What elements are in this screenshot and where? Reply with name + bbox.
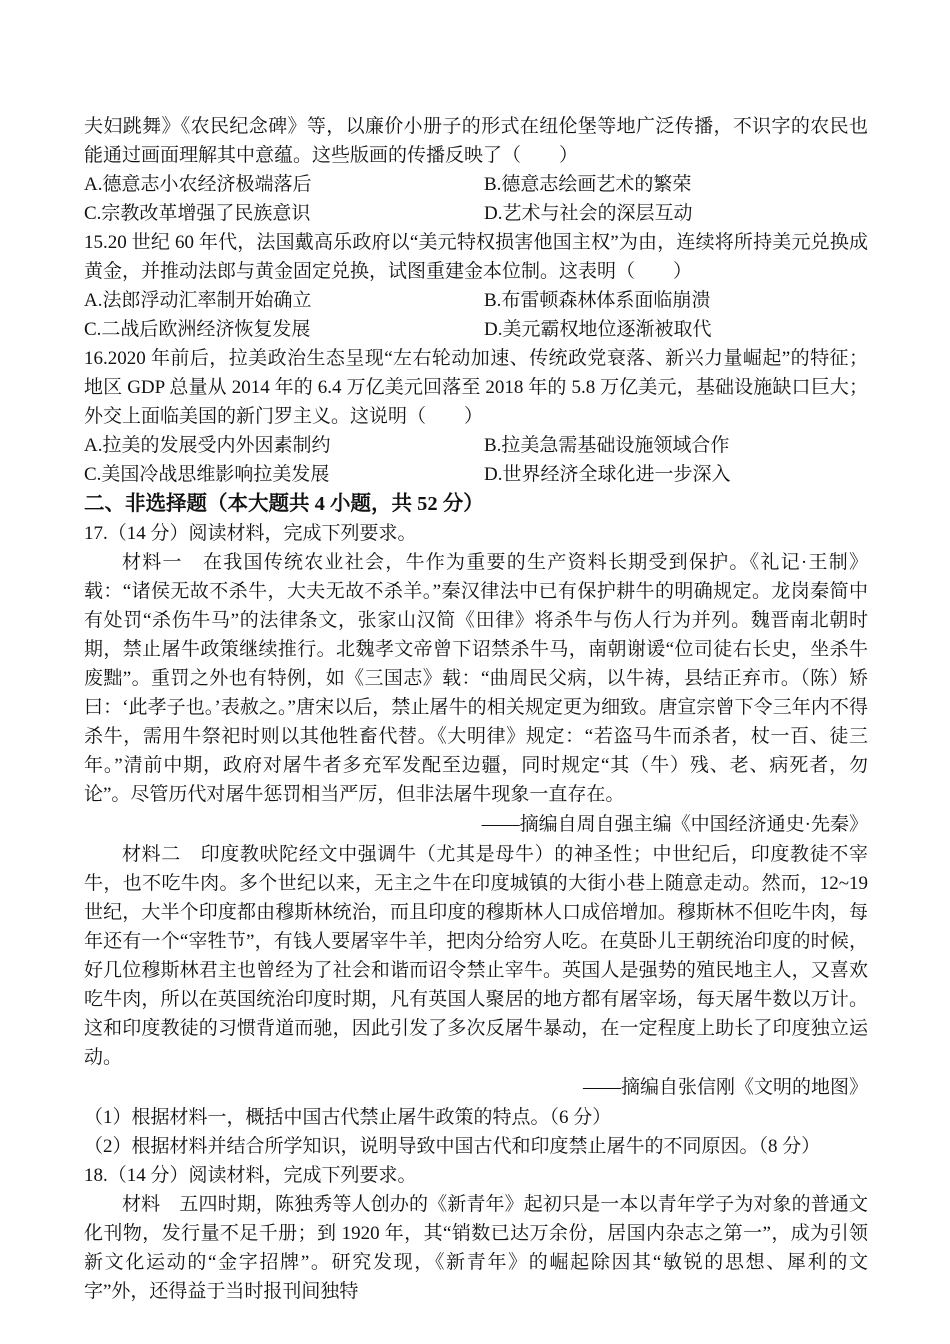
q17-lead: 17.（14 分）阅读材料，完成下列要求。 — [84, 519, 868, 548]
q18-lead: 18.（14 分）阅读材料，完成下列要求。 — [84, 1161, 868, 1190]
q14-options-row-2: C.宗教改革增强了民族意识 D.艺术与社会的深层互动 — [84, 199, 868, 228]
q17-subquestion-1: （1）根据材料一，概括中国古代禁止屠牛政策的特点。（6 分） — [84, 1103, 868, 1132]
q16-options-row-1: A.拉美的发展受内外因素制约 B.拉美急需基础设施领域合作 — [84, 431, 868, 460]
q18-material: 材料 五四时期，陈独秀等人创办的《新青年》起初只是一本以青年学子为对象的普通文化… — [84, 1190, 868, 1306]
q14-options-row-1: A.德意志小农经济极端落后 B.德意志绘画艺术的繁荣 — [84, 170, 868, 199]
q16-option-a: A.拉美的发展受内外因素制约 — [84, 431, 484, 460]
q16-stem: 16.2020 年前后，拉美政治生态呈现“左右轮动加速、传统政党衰落、新兴力量崛… — [84, 344, 868, 431]
q15-options-row-2: C.二战后欧洲经济恢复发展 D.美元霸权地位逐渐被取代 — [84, 315, 868, 344]
q14-option-c: C.宗教改革增强了民族意识 — [84, 199, 484, 228]
q14-option-b: B.德意志绘画艺术的繁荣 — [484, 170, 868, 199]
q17-material-1-source: ——摘编自周自强主编《中国经济通史·先秦》 — [84, 809, 868, 840]
q15-option-a: A.法郎浮动汇率制开始确立 — [84, 286, 484, 315]
q15-option-c: C.二战后欧洲经济恢复发展 — [84, 315, 484, 344]
q14-option-d: D.艺术与社会的深层互动 — [484, 199, 868, 228]
q17-material-2: 材料二 印度教吠陀经文中强调牛（尤其是母牛）的神圣性；中世纪后，印度教徒不宰牛，… — [84, 840, 868, 1072]
q17-subquestion-2: （2）根据材料并结合所学知识，说明导致中国古代和印度禁止屠牛的不同原因。（8 分… — [84, 1132, 868, 1161]
q15-option-d: D.美元霸权地位逐渐被取代 — [484, 315, 868, 344]
q14-option-a: A.德意志小农经济极端落后 — [84, 170, 484, 199]
q16-options-row-2: C.美国冷战思维影响拉美发展 D.世界经济全球化进一步深入 — [84, 460, 868, 489]
q16-option-b: B.拉美急需基础设施领域合作 — [484, 431, 868, 460]
q16-option-d: D.世界经济全球化进一步深入 — [484, 460, 868, 489]
q17-material-1: 材料一 在我国传统农业社会，牛作为重要的生产资料长期受到保护。《礼记·王制》载：… — [84, 548, 868, 809]
section-2-header: 二、非选择题（本大题共 4 小题，共 52 分） — [84, 489, 868, 519]
q15-stem: 15.20 世纪 60 年代，法国戴高乐政府以“美元特权损害他国主权”为由，连续… — [84, 228, 868, 286]
exam-page: 夫妇跳舞》《农民纪念碑》等，以廉价小册子的形式在纽伦堡等地广泛传播，不识字的农民… — [0, 0, 950, 1344]
q15-options-row-1: A.法郎浮动汇率制开始确立 B.布雷顿森林体系面临崩溃 — [84, 286, 868, 315]
q15-option-b: B.布雷顿森林体系面临崩溃 — [484, 286, 868, 315]
q14-stem-continuation: 夫妇跳舞》《农民纪念碑》等，以廉价小册子的形式在纽伦堡等地广泛传播，不识字的农民… — [84, 112, 868, 170]
q17-material-2-source: ——摘编自张信刚《文明的地图》 — [84, 1072, 868, 1103]
q16-option-c: C.美国冷战思维影响拉美发展 — [84, 460, 484, 489]
